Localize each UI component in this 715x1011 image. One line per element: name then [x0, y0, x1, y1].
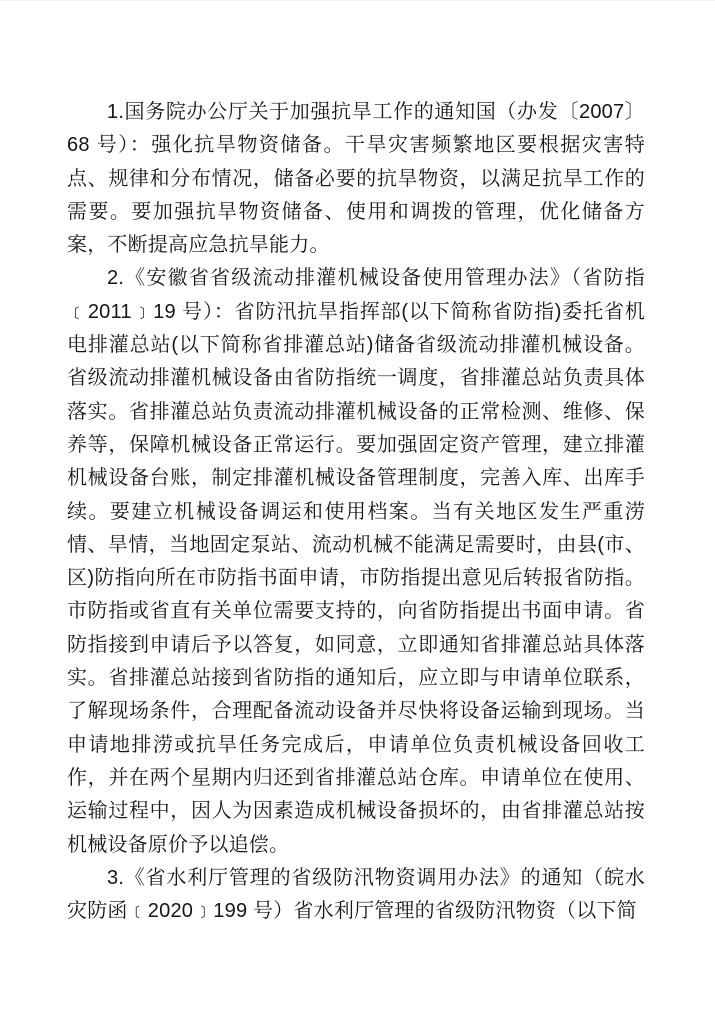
paragraph-item-1: 1.国务院办公厅关于加强抗旱工作的通知国（办发〔2007〕68 号）：强化抗旱物…: [67, 96, 645, 262]
paragraph-item-2: 2.《安徽省省级流动排灌机械设备使用管理办法》（省防指﹝2011﹞19 号）：省…: [67, 262, 645, 861]
document-text-block: 1.国务院办公厅关于加强抗旱工作的通知国（办发〔2007〕68 号）：强化抗旱物…: [67, 96, 645, 928]
document-page: 1.国务院办公厅关于加强抗旱工作的通知国（办发〔2007〕68 号）：强化抗旱物…: [0, 0, 715, 1011]
paragraph-item-3: 3.《省水利厅管理的省级防汛物资调用办法》的通知（皖水灾防函﹝2020﹞199 …: [67, 862, 645, 929]
